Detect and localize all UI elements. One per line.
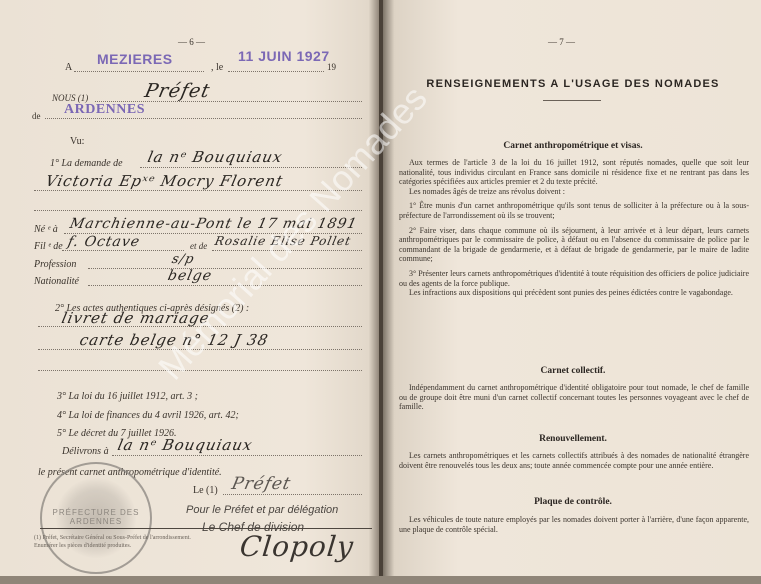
paragraph: Les véhicules de toute nature employés p…: [399, 515, 749, 534]
profession-label: Profession: [34, 259, 76, 270]
profession-line: [88, 268, 362, 269]
signature: Clopoly: [238, 530, 355, 563]
ne-value: Marchienne-au-Pont le 17 mai 1891: [68, 216, 359, 232]
paragraph: 1° Être munis d'un carnet anthropométriq…: [399, 201, 749, 220]
et-de-label: et de: [190, 241, 207, 251]
item1-label: 1° La demande de: [50, 158, 123, 169]
nationalite-label: Nationalité: [34, 276, 79, 287]
item1-value-line1: la nᵉ Bouquiaux: [146, 148, 284, 166]
et-de-line: [212, 250, 362, 251]
vu-label: Vu:: [70, 136, 84, 147]
paragraph: Les infractions aux dispositions qui pré…: [399, 288, 749, 298]
paragraph: Les carnets anthropométriques et les car…: [399, 451, 749, 470]
footnote-line1: (1) Préfet, Secrétaire Général ou Sous-P…: [34, 535, 191, 541]
fils-value: f. Octave: [66, 234, 141, 250]
item1-line2: [34, 190, 362, 191]
de-line: [45, 118, 362, 119]
section-body-renouvellement: Les carnets anthropométriques et les car…: [399, 451, 749, 470]
booklet-spread: — 6 — A MEZIERES , le 11 JUIN 1927 19 NO…: [0, 0, 761, 584]
et-de-value: Rosalie Elise Pollet: [214, 234, 353, 248]
paragraph: 3° Présenter leurs carnets anthropométri…: [399, 269, 749, 288]
paragraph: 2° Faire viser, dans chaque commune où i…: [399, 226, 749, 264]
page-number: — 7 —: [548, 37, 575, 47]
seal-text: PRÉFECTURE DES ARDENNES: [42, 508, 150, 526]
place-prefix: A: [65, 62, 72, 73]
page-title: RENSEIGNEMENTS A L'USAGE DES NOMADES: [423, 78, 723, 90]
section-heading-renouvellement: Renouvellement.: [403, 434, 743, 444]
date-prefix: , le: [211, 62, 223, 73]
delivrons-value: la nᵉ Bouquiaux: [116, 436, 254, 454]
profession-value: s/p: [170, 252, 196, 267]
de-stamp: ARDENNES: [64, 102, 145, 118]
right-page: — 7 — RENSEIGNEMENTS A L'USAGE DES NOMAD…: [383, 0, 761, 584]
ne-label: Né ᵉ à: [34, 224, 58, 235]
delegation-stamp-line1: Pour le Préfet et par délégation: [186, 504, 338, 516]
le-value: Préfet: [230, 474, 293, 494]
fils-line: [62, 250, 184, 251]
section-body-carnet-anthropometrique: Aux termes de l'article 3 de la loi du 1…: [399, 158, 749, 298]
page-number: — 6 —: [178, 37, 205, 47]
place-line: [74, 71, 204, 72]
delivrons-line: [112, 455, 362, 456]
item1-value-line2: Victoria Epˣᵉ Mocry Florent: [44, 172, 285, 190]
item3: 3° La loi du 16 juillet 1912, art. 3 ;: [57, 391, 198, 402]
date-stamp: 11 JUIN 1927: [238, 48, 330, 64]
prefecture-seal: PRÉFECTURE DES ARDENNES: [40, 462, 152, 574]
item2-value-line2: carte belge n° 12 J 38: [78, 331, 270, 349]
nationalite-value: belge: [166, 268, 213, 284]
left-page: — 6 — A MEZIERES , le 11 JUIN 1927 19 NO…: [0, 0, 380, 584]
date-line: [228, 71, 324, 72]
section-heading-carnet-collectif: Carnet collectif.: [403, 366, 743, 376]
item2-line2: [38, 349, 362, 350]
page-bottom-edge: [0, 576, 761, 584]
date-suffix: 19: [327, 62, 336, 72]
section-body-plaque-de-controle: Les véhicules de toute nature employés p…: [399, 515, 749, 534]
item4: 4° La loi de finances du 4 avril 1926, a…: [57, 410, 239, 421]
paragraph: Indépendamment du carnet anthropométriqu…: [399, 383, 749, 412]
delivrons-label: Délivrons à: [62, 446, 109, 457]
fils-label: Fil ᵉ de: [34, 241, 63, 252]
item1-line1: [140, 167, 362, 168]
title-ornament: [543, 100, 601, 101]
footnote-line2: Enumérer les pièces d'identité produites…: [34, 543, 131, 549]
section-body-carnet-collectif: Indépendamment du carnet anthropométriqu…: [399, 383, 749, 412]
section-heading-carnet-anthropometrique: Carnet anthropométrique et visas.: [403, 141, 743, 151]
item2-value-line1: livret de mariage: [60, 309, 212, 327]
nous-value: Préfet: [143, 80, 213, 102]
le-label: Le (1): [193, 485, 218, 496]
le-line: [223, 494, 362, 495]
nationalite-line: [88, 285, 362, 286]
paragraph: Les nomades âgés de treize ans révolus d…: [399, 187, 749, 197]
paragraph: Aux termes de l'article 3 de la loi du 1…: [399, 158, 749, 187]
place-stamp: MEZIERES: [97, 51, 173, 67]
item1-line3: [34, 210, 362, 211]
item2-line3: [38, 370, 362, 371]
section-heading-plaque-de-controle: Plaque de contrôle.: [403, 497, 743, 507]
de-label: de: [32, 111, 41, 121]
